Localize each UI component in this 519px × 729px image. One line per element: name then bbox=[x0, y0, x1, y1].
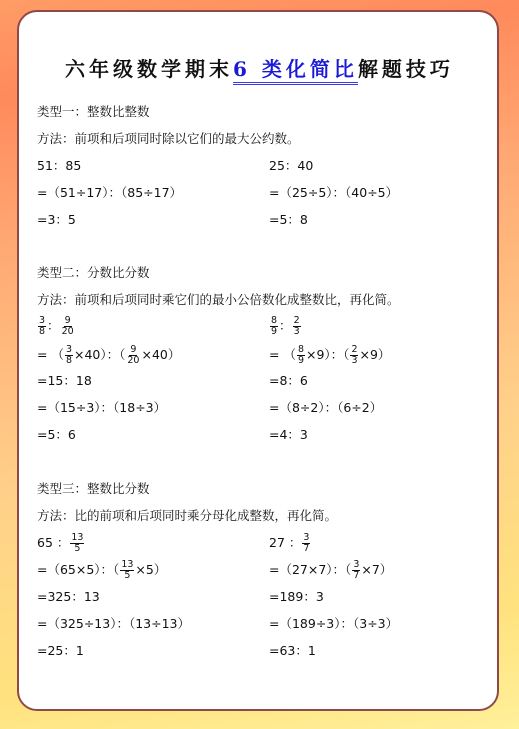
fraction: 89 bbox=[270, 316, 278, 337]
s2-left-result: =5：6 bbox=[37, 427, 76, 443]
fraction: 23 bbox=[350, 345, 358, 366]
s3-left-given: 65 ：135 bbox=[37, 530, 85, 556]
fraction: 920 bbox=[61, 316, 75, 337]
s2-left-given: 38：920 bbox=[37, 313, 76, 339]
fraction: 135 bbox=[70, 533, 84, 554]
s3-right-result: =63：1 bbox=[269, 643, 316, 659]
section-2-method: 方法：前项和后项同时乘它们的最小公倍数化成整数比，再化简。 bbox=[37, 292, 400, 308]
s2-left-step2: =15：18 bbox=[37, 373, 92, 389]
s3-left-result: =25：1 bbox=[37, 643, 84, 659]
title-highlight: 6 类化简比 bbox=[233, 57, 358, 85]
fraction: 920 bbox=[126, 345, 140, 366]
s1-left-step1: =（51÷17）：（85÷17） bbox=[37, 185, 182, 201]
fraction: 38 bbox=[38, 316, 46, 337]
s2-left-step3: =（15÷3）：（18÷3） bbox=[37, 400, 166, 416]
s3-left-step1: =（65×5）：（135×5） bbox=[37, 557, 166, 583]
fraction: 89 bbox=[297, 345, 305, 366]
section-1-heading: 类型一：整数比整数 bbox=[37, 104, 150, 120]
s3-right-step1: =（27×7）：（37×7） bbox=[269, 557, 392, 583]
fraction: 23 bbox=[293, 316, 301, 337]
s3-right-step3: =（189÷3）：（3÷3） bbox=[269, 616, 398, 632]
s3-left-step2: =325：13 bbox=[37, 589, 100, 605]
fraction: 37 bbox=[302, 533, 310, 554]
title-prefix: 六年级数学期末 bbox=[65, 57, 233, 81]
s2-right-given: 89：23 bbox=[269, 313, 302, 339]
s3-right-given: 27 ：37 bbox=[269, 530, 311, 556]
s2-right-step2: =8：6 bbox=[269, 373, 308, 389]
s2-right-result: =4：3 bbox=[269, 427, 308, 443]
s1-right-step1: =（25÷5）：（40÷5） bbox=[269, 185, 398, 201]
section-1-method: 方法：前项和后项同时除以它们的最大公约数。 bbox=[37, 131, 300, 147]
section-2-heading: 类型二：分数比分数 bbox=[37, 265, 150, 281]
fraction: 37 bbox=[352, 560, 360, 581]
section-3-heading: 类型三：整数比分数 bbox=[37, 481, 150, 497]
s3-right-step2: =189：3 bbox=[269, 589, 324, 605]
section-3-method: 方法：比的前项和后项同时乘分母化成整数，再化简。 bbox=[37, 508, 337, 524]
page-title: 六年级数学期末6 类化简比解题技巧 bbox=[0, 53, 519, 82]
s2-right-step1: = （89×9）：（23×9） bbox=[269, 342, 390, 368]
s3-left-step3: =（325÷13）：（13÷13） bbox=[37, 616, 190, 632]
s2-left-step1: = （38×40）：（920×40） bbox=[37, 342, 180, 368]
s1-left-given: 51：85 bbox=[37, 158, 81, 174]
s1-right-result: =5：8 bbox=[269, 212, 308, 228]
fraction: 135 bbox=[120, 560, 134, 581]
fraction: 38 bbox=[65, 345, 73, 366]
title-suffix: 解题技巧 bbox=[358, 57, 454, 81]
s1-right-given: 25：40 bbox=[269, 158, 313, 174]
s1-left-result: =3：5 bbox=[37, 212, 76, 228]
s2-right-step3: =（8÷2）：（6÷2） bbox=[269, 400, 382, 416]
